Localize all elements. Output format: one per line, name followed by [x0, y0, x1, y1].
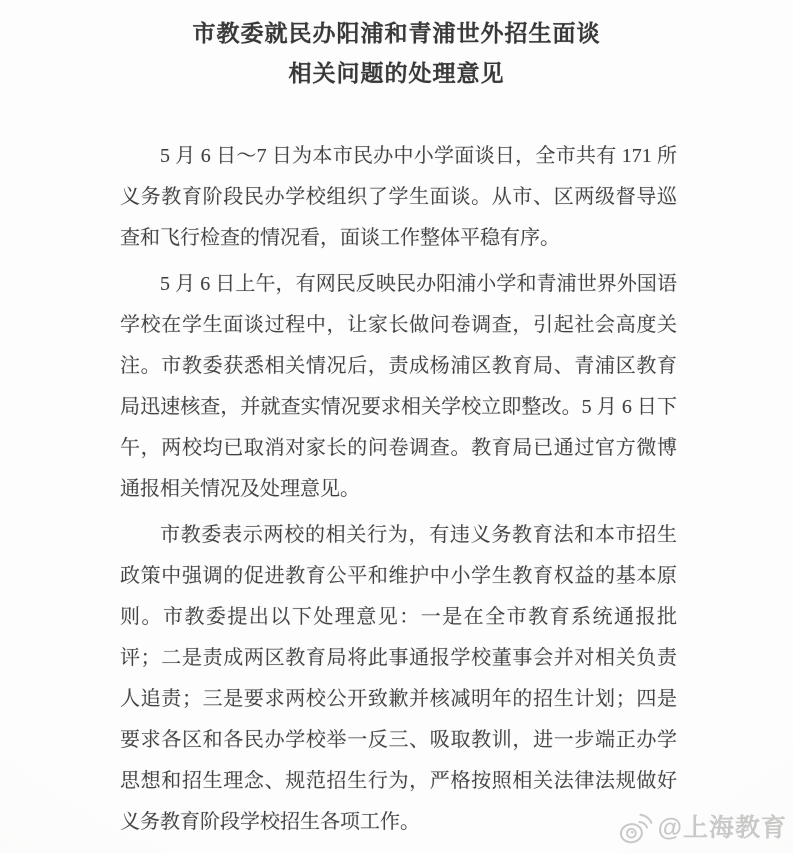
document-body: 5 月 6 日～7 日为本市民办中小学面谈日，全市共有 171 所义务教育阶段民…: [120, 136, 677, 843]
weibo-icon: [615, 809, 656, 852]
document-page: 市教委就民办阳浦和青浦世外招生面谈 相关问题的处理意见 5 月 6 日～7 日为…: [0, 0, 793, 853]
paragraph-1: 5 月 6 日～7 日为本市民办中小学面谈日，全市共有 171 所义务教育阶段民…: [120, 136, 677, 259]
paragraph-3: 市教委表示两校的相关行为，有违义务教育法和本市招生政策中强调的促进教育公平和维护…: [120, 515, 677, 843]
document-title: 市教委就民办阳浦和青浦世外招生面谈 相关问题的处理意见: [0, 0, 793, 94]
title-line-2: 相关问题的处理意见: [0, 54, 793, 94]
title-line-1: 市教委就民办阳浦和青浦世外招生面谈: [0, 14, 793, 54]
watermark: @上海教育: [618, 811, 787, 845]
paragraph-2: 5 月 6 日上午，有网民反映民办阳浦小学和青浦世界外国语学校在学生面谈过程中，…: [120, 264, 677, 510]
watermark-text: @上海教育: [658, 816, 787, 841]
